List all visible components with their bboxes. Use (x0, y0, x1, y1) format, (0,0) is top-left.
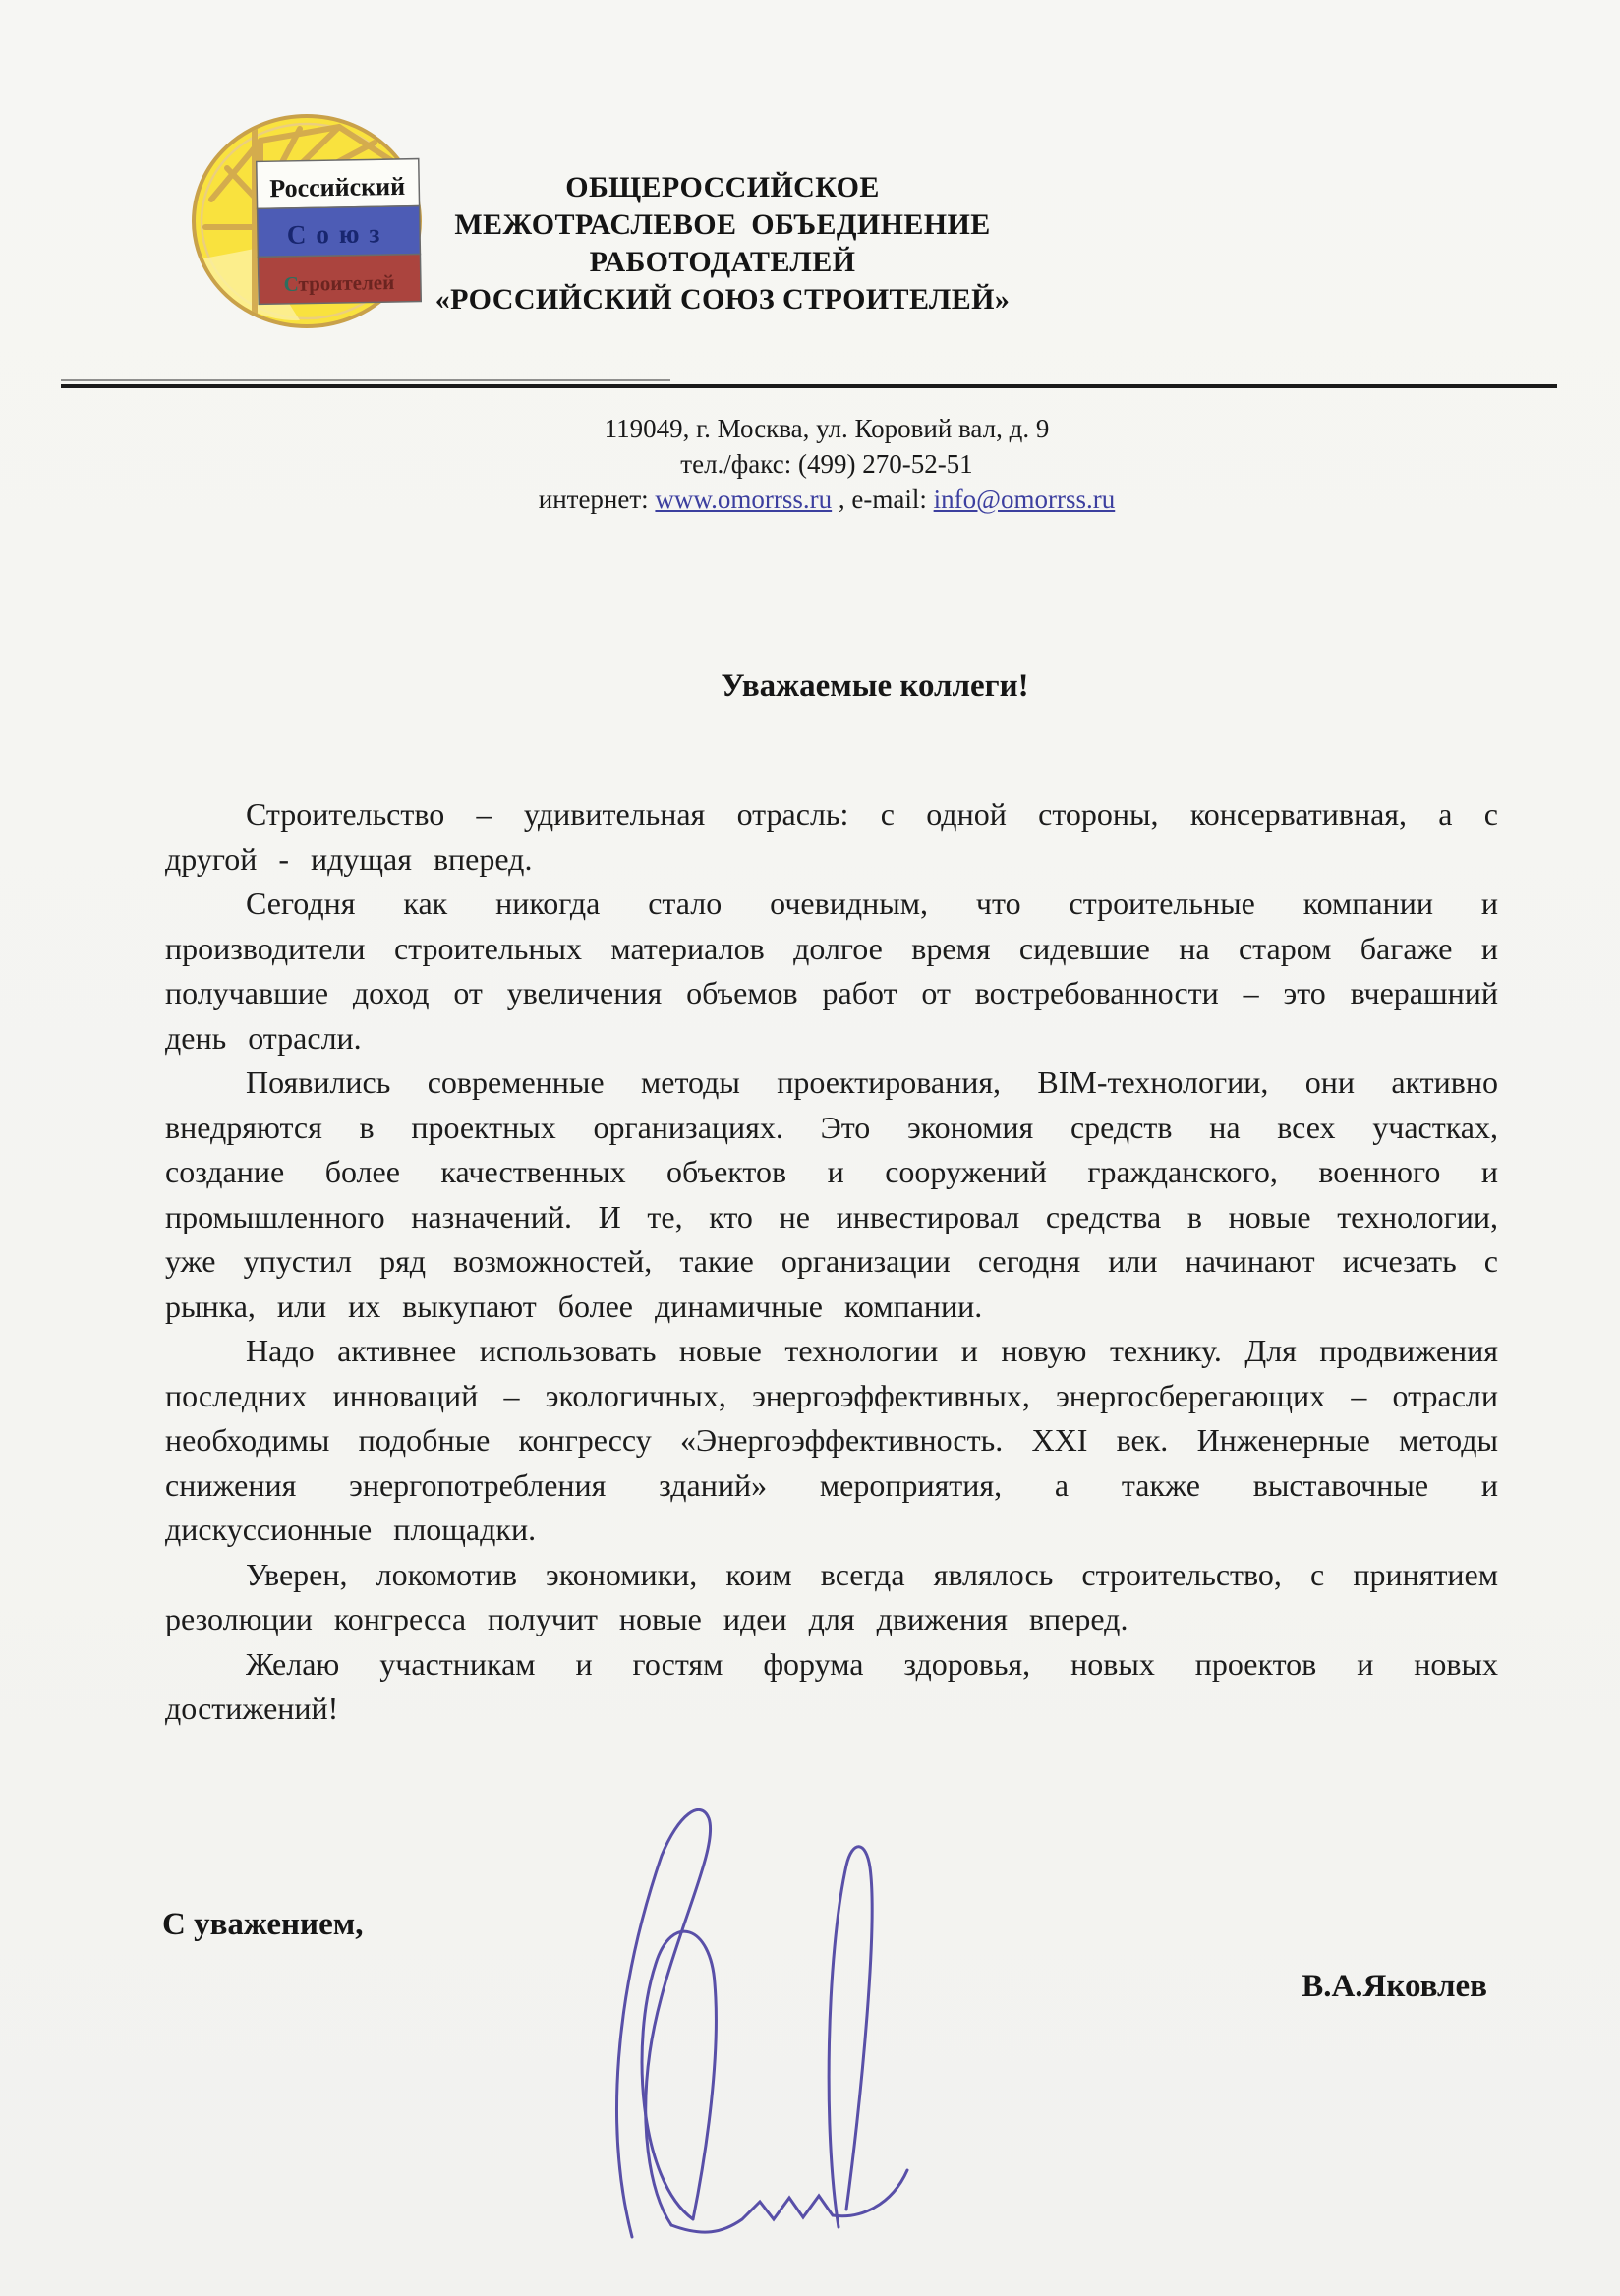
email-label: , e-mail: (832, 485, 933, 514)
email-link[interactable]: info@omorrss.ru (934, 485, 1116, 514)
org-name-header: ОБЩЕРОССИЙСКОЕ МЕЖОТРАСЛЕВОЕ ОБЪЕДИНЕНИЕ… (324, 169, 1121, 318)
org-header-line3: «РОССИЙСКИЙ СОЮЗ СТРОИТЕЛЕЙ» (324, 281, 1121, 318)
signer-name: В.А.Яковлев (1302, 1969, 1487, 2005)
internet-label: интернет: (539, 485, 656, 514)
paragraph-4: Надо активнее использовать новые техноло… (165, 1329, 1498, 1553)
closing: С уважением, (162, 1907, 363, 1943)
contact-phone: тел./факс: (499) 270-52-51 (335, 446, 1318, 482)
contact-block: 119049, г. Москва, ул. Коровий вал, д. 9… (335, 411, 1318, 517)
salutation: Уважаемые коллеги! (383, 668, 1366, 705)
org-header-line2: МЕЖОТРАСЛЕВОЕ ОБЪЕДИНЕНИЕ РАБОТОДАТЕЛЕЙ (324, 206, 1121, 281)
website-link[interactable]: www.omorrss.ru (655, 485, 832, 514)
paragraph-6: Желаю участникам и гостям форума здоровь… (165, 1642, 1498, 1732)
org-header-line1: ОБЩЕРОССИЙСКОЕ (324, 169, 1121, 206)
letter-body: Строительство – удивительная отрасль: с … (165, 792, 1498, 1732)
letter-page: Российский Союз Строителей ОБЩЕРОССИЙСКО… (0, 0, 1620, 2296)
contact-online: интернет: www.omorrss.ru , e-mail: info@… (335, 482, 1318, 517)
header-divider (61, 384, 1557, 388)
paragraph-1: Строительство – удивительная отрасль: с … (165, 792, 1498, 882)
contact-address: 119049, г. Москва, ул. Коровий вал, д. 9 (335, 411, 1318, 446)
paragraph-3: Появились современные методы проектирова… (165, 1061, 1498, 1329)
header-divider-echo (61, 379, 670, 381)
signature-scribble (546, 1797, 939, 2241)
paragraph-5: Уверен, локомотив экономики, коим всегда… (165, 1553, 1498, 1642)
paragraph-2: Сегодня как никогда стало очевидным, что… (165, 882, 1498, 1061)
